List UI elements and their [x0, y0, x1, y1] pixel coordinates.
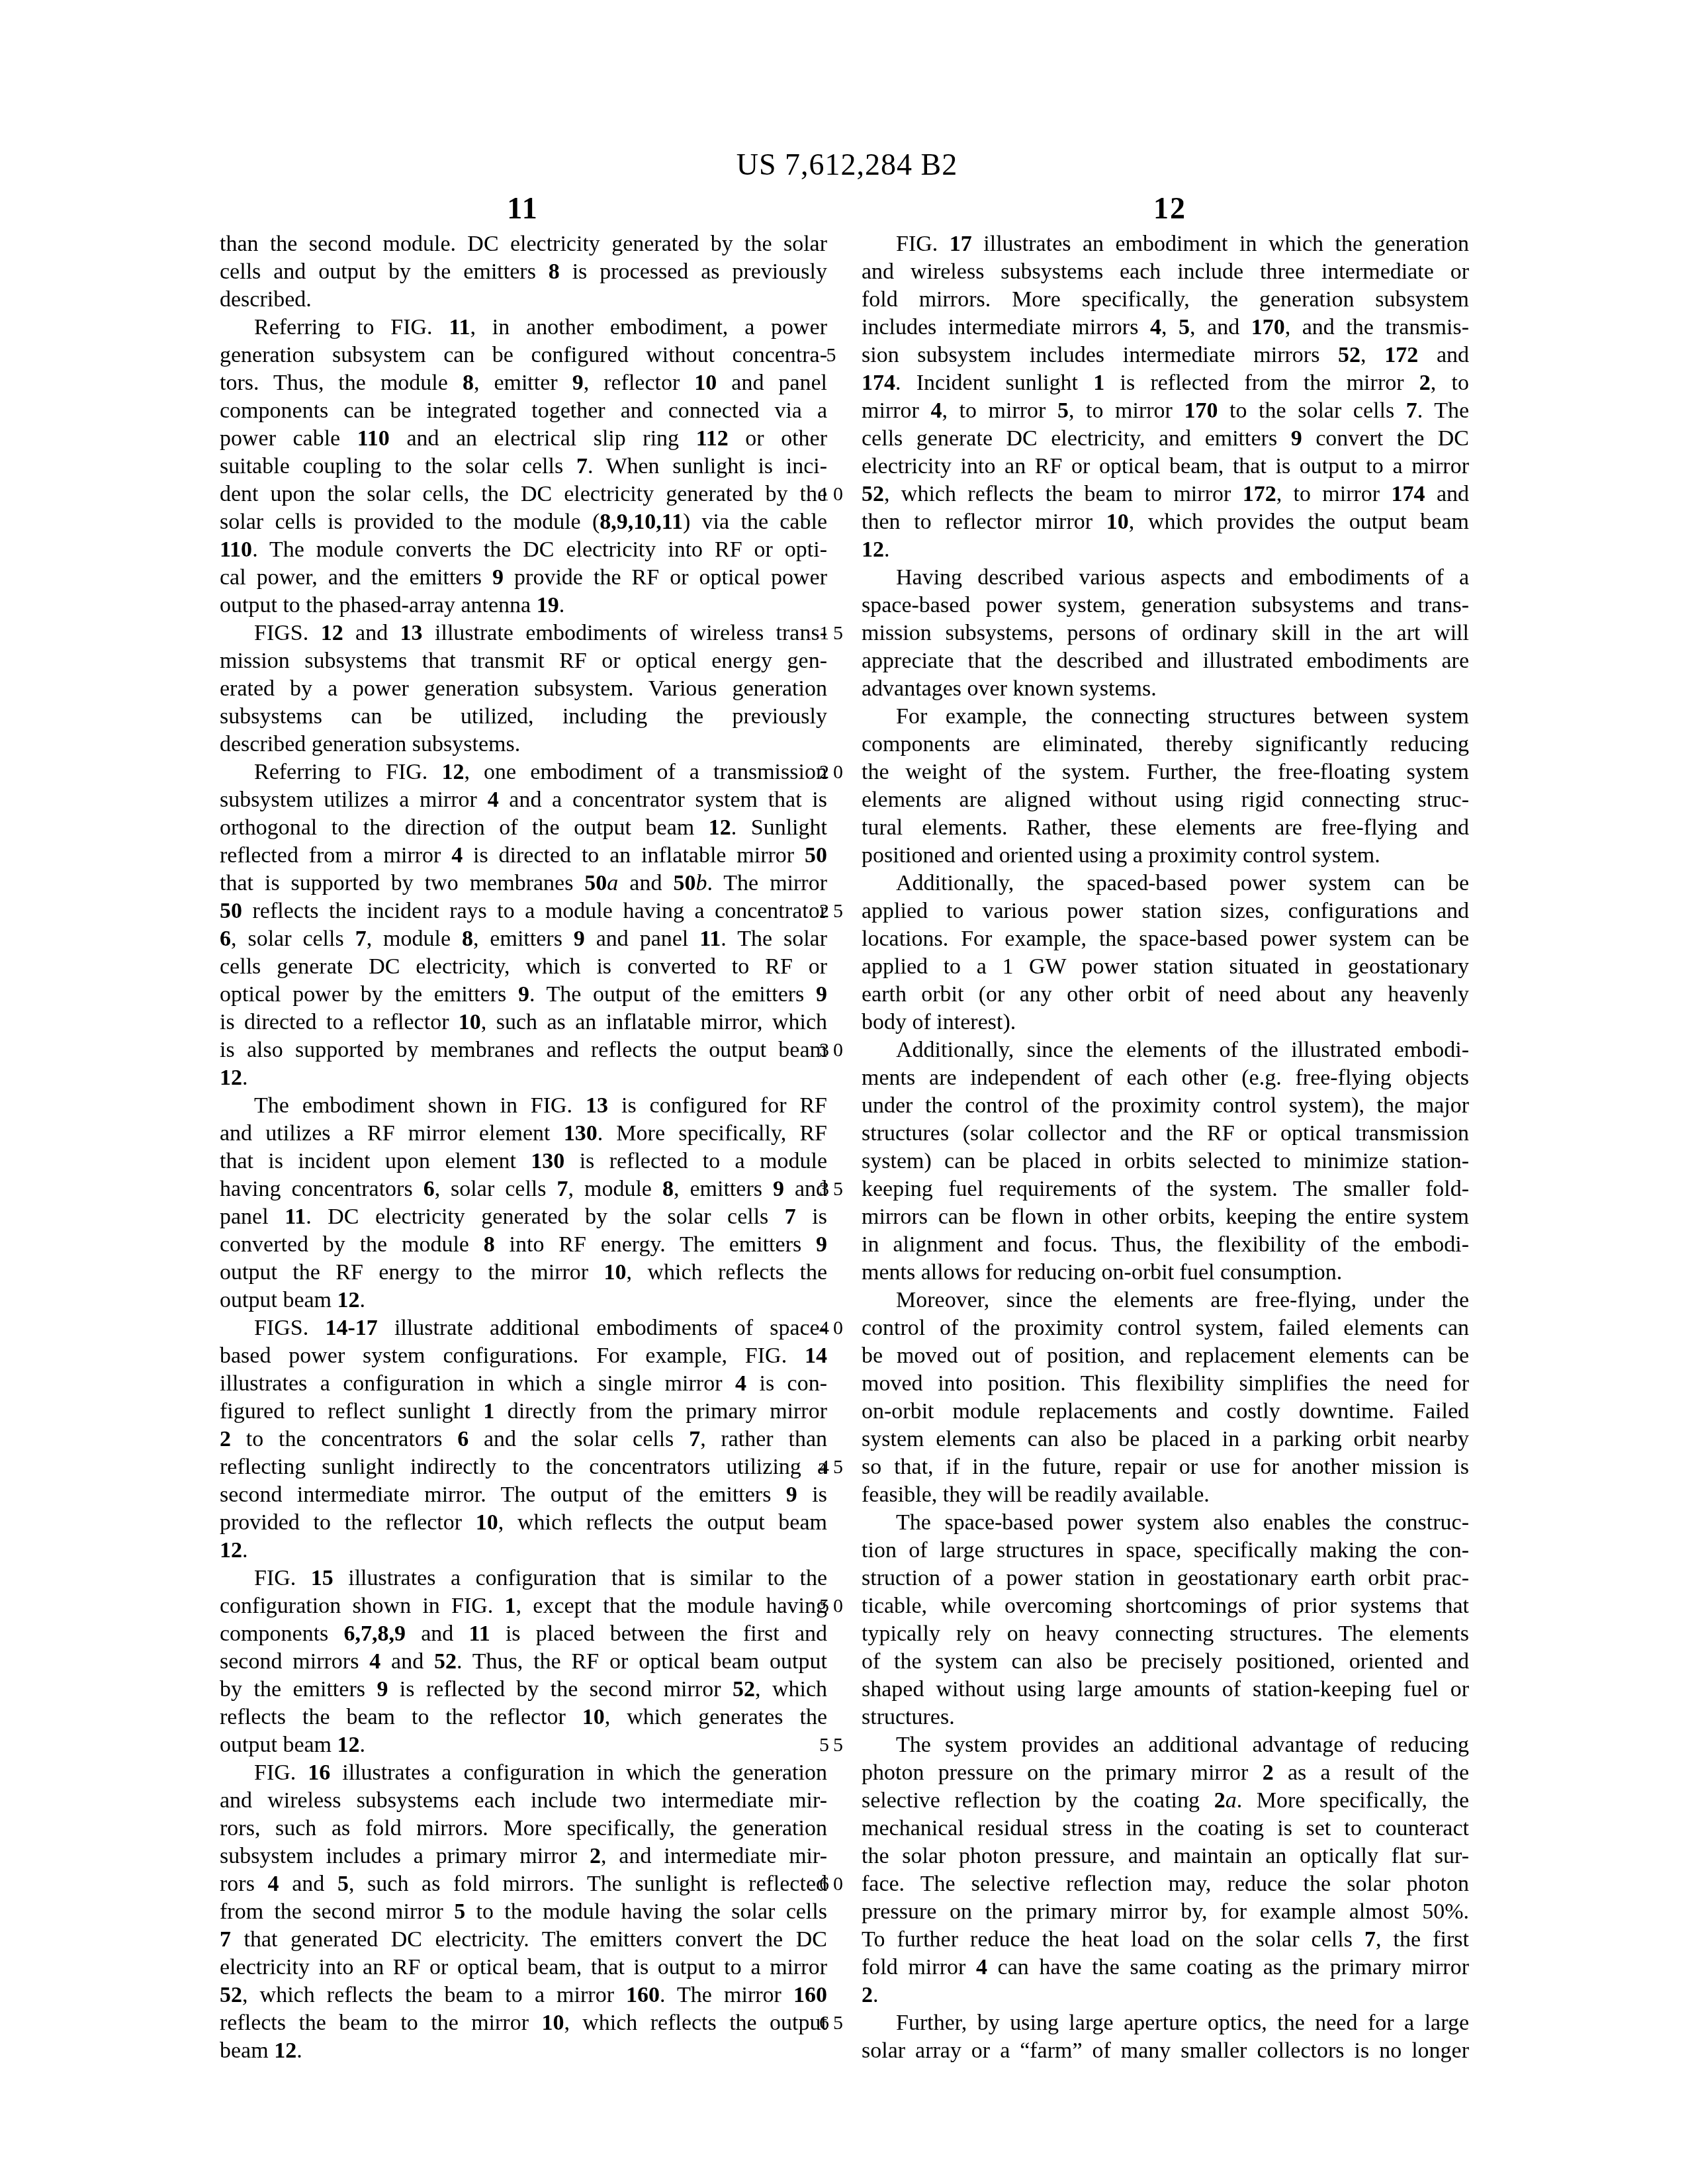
text-line: output beam 12.: [220, 1731, 827, 1759]
text-line: provided to the reflector 10, which refl…: [220, 1509, 827, 1537]
text-line: 52, which reflects the beam to a mirror …: [220, 1981, 827, 2009]
text-line: and wireless subsystems each include two…: [220, 1787, 827, 1815]
text-line: 12.: [220, 1537, 827, 1565]
text-line: tural elements. Rather, these elements a…: [862, 814, 1469, 842]
text-line: mission subsystems, persons of ordinary …: [862, 619, 1469, 647]
text-line: panel 11. DC electricity generated by th…: [220, 1203, 827, 1231]
text-line: solar array or a “farm” of many smaller …: [862, 2037, 1469, 2065]
text-line: Moreover, since the elements are free-fl…: [862, 1287, 1469, 1314]
paragraph: FIG. 16 illustrates a configuration in w…: [220, 1759, 827, 2065]
line-number: 10: [819, 480, 847, 508]
text-line: suitable coupling to the solar cells 7. …: [220, 453, 827, 480]
text-line: control of the proximity control system,…: [862, 1314, 1469, 1342]
text-line: that is supported by two membranes 50a a…: [220, 870, 827, 897]
text-line: 52, which reflects the beam to mirror 17…: [862, 480, 1469, 508]
text-line: and wireless subsystems each include thr…: [862, 258, 1469, 286]
text-line: converted by the module 8 into RF energy…: [220, 1231, 827, 1259]
text-line: illustrates a configuration in which a s…: [220, 1370, 827, 1398]
text-line: output the RF energy to the mirror 10, w…: [220, 1259, 827, 1287]
text-line: photon pressure on the primary mirror 2 …: [862, 1759, 1469, 1787]
text-line: selective reflection by the coating 2a. …: [862, 1787, 1469, 1815]
line-number: 30: [819, 1036, 847, 1064]
text-line: reflected from a mirror 4 is directed to…: [220, 842, 827, 870]
text-line: ments are independent of each other (e.g…: [862, 1064, 1469, 1092]
text-line: components are eliminated, thereby signi…: [862, 731, 1469, 758]
paragraph: FIG. 17 illustrates an embodiment in whi…: [862, 230, 1469, 564]
text-line: includes intermediate mirrors 4, 5, and …: [862, 314, 1469, 341]
text-line: tion of large structures in space, speci…: [862, 1537, 1469, 1565]
text-line: 6, solar cells 7, module 8, emitters 9 a…: [220, 925, 827, 953]
text-line: than the second module. DC electricity g…: [220, 230, 827, 258]
text-line: struction of a power station in geostati…: [862, 1565, 1469, 1592]
line-number: 20: [819, 758, 847, 786]
text-line: beam 12.: [220, 2037, 827, 2065]
text-line: Referring to FIG. 11, in another embodim…: [220, 314, 827, 341]
line-number: 40: [819, 1314, 847, 1342]
text-line: under the control of the proximity contr…: [862, 1092, 1469, 1120]
paragraph: Referring to FIG. 12, one embodiment of …: [220, 758, 827, 1092]
text-line: that is incident upon element 130 is ref…: [220, 1148, 827, 1175]
text-line: moved into position. This flexibility si…: [862, 1370, 1469, 1398]
text-line: components can be integrated together an…: [220, 397, 827, 425]
text-line: Referring to FIG. 12, one embodiment of …: [220, 758, 827, 786]
text-line: applied to various power station sizes, …: [862, 897, 1469, 925]
text-line: 110. The module converts the DC electric…: [220, 536, 827, 564]
paragraph: Referring to FIG. 11, in another embodim…: [220, 314, 827, 619]
text-line: dent upon the solar cells, the DC electr…: [220, 480, 827, 508]
paragraph: The system provides an additional advant…: [862, 1731, 1469, 2009]
text-line: on-orbit module replacements and costly …: [862, 1398, 1469, 1426]
line-number: 60: [819, 1870, 847, 1898]
text-line: locations. For example, the space-based …: [862, 925, 1469, 953]
text-line: mirror 4, to mirror 5, to mirror 170 to …: [862, 397, 1469, 425]
paragraph: Further, by using large aperture optics,…: [862, 2009, 1469, 2065]
text-line: is directed to a reflector 10, such as a…: [220, 1009, 827, 1036]
text-line: output beam 12.: [220, 1287, 827, 1314]
text-line: mission subsystems that transmit RF or o…: [220, 647, 827, 675]
text-line: described generation subsystems.: [220, 731, 827, 758]
text-line: subsystems can be utilized, including th…: [220, 703, 827, 731]
text-line: face. The selective reflection may, redu…: [862, 1870, 1469, 1898]
text-line: For example, the connecting structures b…: [862, 703, 1469, 731]
text-line: FIGS. 14-17 illustrate additional embodi…: [220, 1314, 827, 1342]
paragraph: FIG. 15 illustrates a configuration that…: [220, 1565, 827, 1759]
text-line: positioned and oriented using a proximit…: [862, 842, 1469, 870]
column-12-text: FIG. 17 illustrates an embodiment in whi…: [862, 230, 1469, 2065]
line-number: 55: [819, 1731, 847, 1759]
text-line: appreciate that the described and illust…: [862, 647, 1469, 675]
text-line: FIG. 15 illustrates a configuration that…: [220, 1565, 827, 1592]
text-line: generation subsystem can be configured w…: [220, 341, 827, 369]
text-line: Further, by using large aperture optics,…: [862, 2009, 1469, 2037]
line-number: 35: [819, 1175, 847, 1203]
text-line: shaped without using large amounts of st…: [862, 1676, 1469, 1704]
text-line: FIG. 17 illustrates an embodiment in whi…: [862, 230, 1469, 258]
text-line: rors 4 and 5, such as fold mirrors. The …: [220, 1870, 827, 1898]
text-line: described.: [220, 286, 827, 314]
text-line: and utilizes a RF mirror element 130. Mo…: [220, 1120, 827, 1148]
text-line: erated by a power generation subsystem. …: [220, 675, 827, 703]
text-line: 12.: [862, 536, 1469, 564]
text-line: Additionally, since the elements of the …: [862, 1036, 1469, 1064]
text-line: reflecting sunlight indirectly to the co…: [220, 1453, 827, 1481]
text-line: having concentrators 6, solar cells 7, m…: [220, 1175, 827, 1203]
text-line: electricity into an RF or optical beam, …: [862, 453, 1469, 480]
text-line: The system provides an additional advant…: [862, 1731, 1469, 1759]
line-number: 50: [819, 1592, 847, 1620]
text-line: cells and output by the emitters 8 is pr…: [220, 258, 827, 286]
text-line: Having described various aspects and emb…: [862, 564, 1469, 592]
text-line: space-based power system, generation sub…: [862, 592, 1469, 619]
line-number: 5: [826, 341, 840, 369]
text-line: The embodiment shown in FIG. 13 is confi…: [220, 1092, 827, 1120]
text-line: Additionally, the spaced-based power sys…: [862, 870, 1469, 897]
text-line: second mirrors 4 and 52. Thus, the RF or…: [220, 1648, 827, 1676]
patent-number-header: US 7,612,284 B2: [0, 147, 1694, 182]
text-line: pressure on the primary mirror by, for e…: [862, 1898, 1469, 1926]
text-line: 2 to the concentrators 6 and the solar c…: [220, 1426, 827, 1453]
text-line: then to reflector mirror 10, which provi…: [862, 508, 1469, 536]
text-line: cal power, and the emitters 9 provide th…: [220, 564, 827, 592]
patent-page: { "page": { "header": "US 7,612,284 B2",…: [0, 0, 1694, 2184]
paragraph: Additionally, since the elements of the …: [862, 1036, 1469, 1287]
text-line: second intermediate mirror. The output o…: [220, 1481, 827, 1509]
text-line: elements are aligned without using rigid…: [862, 786, 1469, 814]
text-line: from the second mirror 5 to the module h…: [220, 1898, 827, 1926]
text-line: figured to reflect sunlight 1 directly f…: [220, 1398, 827, 1426]
text-line: sion subsystem includes intermediate mir…: [862, 341, 1469, 369]
text-line: 174. Incident sunlight 1 is reflected fr…: [862, 369, 1469, 397]
text-line: ments allows for reducing on-orbit fuel …: [862, 1259, 1469, 1287]
text-line: keeping fuel requirements of the system.…: [862, 1175, 1469, 1203]
text-line: To further reduce the heat load on the s…: [862, 1926, 1469, 1954]
text-line: in alignment and focus. Thus, the flexib…: [862, 1231, 1469, 1259]
text-line: mirrors can be flown in other orbits, ke…: [862, 1203, 1469, 1231]
text-line: of the system can also be precisely posi…: [862, 1648, 1469, 1676]
column-number-11: 11: [507, 191, 538, 226]
text-line: earth orbit (or any other orbit of need …: [862, 981, 1469, 1009]
text-line: applied to a 1 GW power station situated…: [862, 953, 1469, 981]
text-line: ticable, while overcoming shortcomings o…: [862, 1592, 1469, 1620]
text-line: configuration shown in FIG. 1, except th…: [220, 1592, 827, 1620]
text-line: subsystem includes a primary mirror 2, a…: [220, 1843, 827, 1870]
text-line: subsystem utilizes a mirror 4 and a conc…: [220, 786, 827, 814]
text-line: FIGS. 12 and 13 illustrate embodiments o…: [220, 619, 827, 647]
text-line: cells generate DC electricity, and emitt…: [862, 425, 1469, 453]
text-line: feasible, they will be readily available…: [862, 1481, 1469, 1509]
text-line: 7 that generated DC electricity. The emi…: [220, 1926, 827, 1954]
text-line: output to the phased-array antenna 19.: [220, 592, 827, 619]
text-line: cells generate DC electricity, which is …: [220, 953, 827, 981]
paragraph: Additionally, the spaced-based power sys…: [862, 870, 1469, 1036]
text-line: advantages over known systems.: [862, 675, 1469, 703]
text-line: based power system configurations. For e…: [220, 1342, 827, 1370]
text-line: structures (solar collector and the RF o…: [862, 1120, 1469, 1148]
text-line: typically rely on heavy connecting struc…: [862, 1620, 1469, 1648]
paragraph: The space-based power system also enable…: [862, 1509, 1469, 1731]
text-line: body of interest).: [862, 1009, 1469, 1036]
column-11-text: than the second module. DC electricity g…: [220, 230, 827, 2065]
text-line: tors. Thus, the module 8, emitter 9, ref…: [220, 369, 827, 397]
line-number: 25: [819, 897, 847, 925]
paragraph: Moreover, since the elements are free-fl…: [862, 1287, 1469, 1509]
text-line: optical power by the emitters 9. The out…: [220, 981, 827, 1009]
paragraph: FIGS. 14-17 illustrate additional embodi…: [220, 1314, 827, 1565]
paragraph: Having described various aspects and emb…: [862, 564, 1469, 703]
paragraph: The embodiment shown in FIG. 13 is confi…: [220, 1092, 827, 1314]
text-line: power cable 110 and an electrical slip r…: [220, 425, 827, 453]
line-number: 15: [819, 619, 847, 647]
text-line: system elements can also be placed in a …: [862, 1426, 1469, 1453]
text-line: fold mirror 4 can have the same coating …: [862, 1954, 1469, 1981]
text-line: The space-based power system also enable…: [862, 1509, 1469, 1537]
paragraph: FIGS. 12 and 13 illustrate embodiments o…: [220, 619, 827, 758]
paragraph: than the second module. DC electricity g…: [220, 230, 827, 314]
text-line: 2.: [862, 1981, 1469, 2009]
text-line: rors, such as fold mirrors. More specifi…: [220, 1815, 827, 1843]
text-line: structures.: [862, 1704, 1469, 1731]
text-line: by the emitters 9 is reflected by the se…: [220, 1676, 827, 1704]
text-line: system) can be placed in orbits selected…: [862, 1148, 1469, 1175]
text-line: fold mirrors. More specifically, the gen…: [862, 286, 1469, 314]
text-line: so that, if in the future, repair or use…: [862, 1453, 1469, 1481]
text-line: mechanical residual stress in the coatin…: [862, 1815, 1469, 1843]
text-line: electricity into an RF or optical beam, …: [220, 1954, 827, 1981]
text-line: reflects the beam to the mirror 10, whic…: [220, 2009, 827, 2037]
text-line: orthogonal to the direction of the outpu…: [220, 814, 827, 842]
text-line: is also supported by membranes and refle…: [220, 1036, 827, 1064]
text-line: be moved out of position, and replacemen…: [862, 1342, 1469, 1370]
paragraph: For example, the connecting structures b…: [862, 703, 1469, 870]
text-line: FIG. 16 illustrates a configuration in w…: [220, 1759, 827, 1787]
line-number: 45: [819, 1453, 847, 1481]
text-line: the weight of the system. Further, the f…: [862, 758, 1469, 786]
text-line: 50 reflects the incident rays to a modul…: [220, 897, 827, 925]
line-number: 65: [819, 2009, 847, 2037]
text-line: reflects the beam to the reflector 10, w…: [220, 1704, 827, 1731]
text-line: 12.: [220, 1064, 827, 1092]
text-line: solar cells is provided to the module (8…: [220, 508, 827, 536]
text-line: components 6,7,8,9 and 11 is placed betw…: [220, 1620, 827, 1648]
text-line: the solar photon pressure, and maintain …: [862, 1843, 1469, 1870]
column-number-12: 12: [1153, 191, 1186, 226]
